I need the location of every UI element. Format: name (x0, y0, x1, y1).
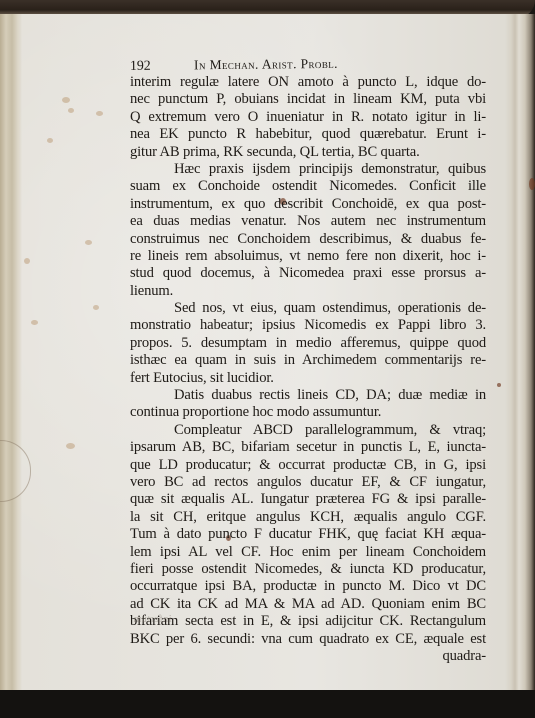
foxing-spot (31, 320, 38, 325)
text-line: BKC per 6. secundi: vna cum quadrato ex … (130, 631, 486, 648)
text-line: bifariam secta est in E, & ipsi adijcitu… (130, 613, 486, 630)
text-line: isthæc ea quam in suis in Archimedem com… (130, 352, 486, 369)
text-line: la sit CH, eritque angulus KCH, æqualis … (130, 509, 486, 526)
page-gutter (0, 14, 22, 697)
text-line: vero BC ad rectos angulos ducatur EF, & … (130, 474, 486, 491)
text-line: quæ sit æqualis AL. Iungatur præterea FG… (130, 491, 486, 508)
running-head: 192 In Mechan. Arist. Probl. (130, 53, 486, 74)
foxing-spot (68, 108, 74, 113)
foxing-spot (24, 258, 30, 264)
page-fore-edge (505, 14, 535, 704)
book-bottom-edge (0, 690, 535, 718)
foxing-spot (96, 111, 103, 116)
catchword: quadra- (130, 648, 486, 665)
text-line: interim regulæ latere ON amoto à puncto … (130, 74, 486, 91)
text-line: ea duas medias venatur. Nos autem nec in… (130, 213, 486, 230)
text-line: Datis duabus rectis lineis CD, DA; duæ m… (130, 387, 486, 404)
text-line: instrumentum, ex quo describit Conchoidē… (130, 196, 486, 213)
text-line: occurratque ipsi BA, productæ in puncto … (130, 578, 486, 595)
text-line: gitur AB prima, RK secunda, QL tertia, B… (130, 144, 486, 161)
foxing-spot (66, 443, 75, 449)
text-line: Q extremum vero O inueniatur in R. notat… (130, 109, 486, 126)
text-line: que LD producatur; & occurrat productæ C… (130, 457, 486, 474)
paragraph-3: Sed nos, vt eius, quam ostendimus, opera… (130, 300, 486, 387)
page-number: 192 (130, 58, 160, 76)
ink-stain (497, 383, 501, 387)
paragraph-4: Datis duabus rectis lineis CD, DA; duæ m… (130, 387, 486, 422)
text-line: nea EK puncto R habebitur, quod quærebat… (130, 126, 486, 143)
text-line: Hæc praxis ijsdem principijs demonstratu… (130, 161, 486, 178)
text-line: continua proportione hoc modo assumuntur… (130, 404, 486, 421)
text-line: Sed nos, vt eius, quam ostendimus, opera… (130, 300, 486, 317)
text-line: re lineis rem absoluimus, vt nemo fere n… (130, 248, 486, 265)
text-line: ad CK ita CK ad MA & MA ad AD. Quoniam e… (130, 596, 486, 613)
text-line: nec punctum P, obuians incidat in lineam… (130, 91, 486, 108)
foxing-spot (93, 305, 99, 310)
paragraph-1: interim regulæ latere ON amoto à puncto … (130, 74, 486, 161)
text-line: suam ex Conchoide ostendit Nicomedes. Co… (130, 178, 486, 195)
foxing-spot (62, 97, 70, 103)
running-title: In Mechan. Arist. Probl. (194, 55, 338, 74)
text-line: Tum à dato puncto F ducatur FHK, quę fac… (130, 526, 486, 543)
text-line: ipsarum AB, BC, bifariam secetur in punc… (130, 439, 486, 456)
text-line: propos. 5. desumptam in medio afferemus,… (130, 335, 486, 352)
text-line: Compleatur ABCD parallelogrammum, & vtra… (130, 422, 486, 439)
bleed-through-text: infcrtum (133, 614, 171, 625)
paragraph-2: Hæc praxis ijsdem principijs demonstratu… (130, 161, 486, 300)
text-line: lienum. (130, 283, 486, 300)
paragraph-5: Compleatur ABCD parallelogrammum, & vtra… (130, 422, 486, 648)
text-line: fert Eutocius, sit lucidior. (130, 370, 486, 387)
page-text: 192 In Mechan. Arist. Probl. interim reg… (130, 57, 486, 665)
text-line: lem ipsi AL vel CF. Hoc enim per lineam … (130, 544, 486, 561)
text-line: construimus nec Conchoidem describimus, … (130, 231, 486, 248)
foxing-spot (85, 240, 92, 245)
text-line: monstratio habeatur; ipsius Nicomedis ex… (130, 317, 486, 334)
text-line: fieri posse ostendit Nicomedes, & iuncta… (130, 561, 486, 578)
ink-stain (529, 178, 535, 190)
text-line: stud quod docemus, à Nicomedea praxi ess… (130, 265, 486, 282)
foxing-spot (47, 138, 53, 143)
